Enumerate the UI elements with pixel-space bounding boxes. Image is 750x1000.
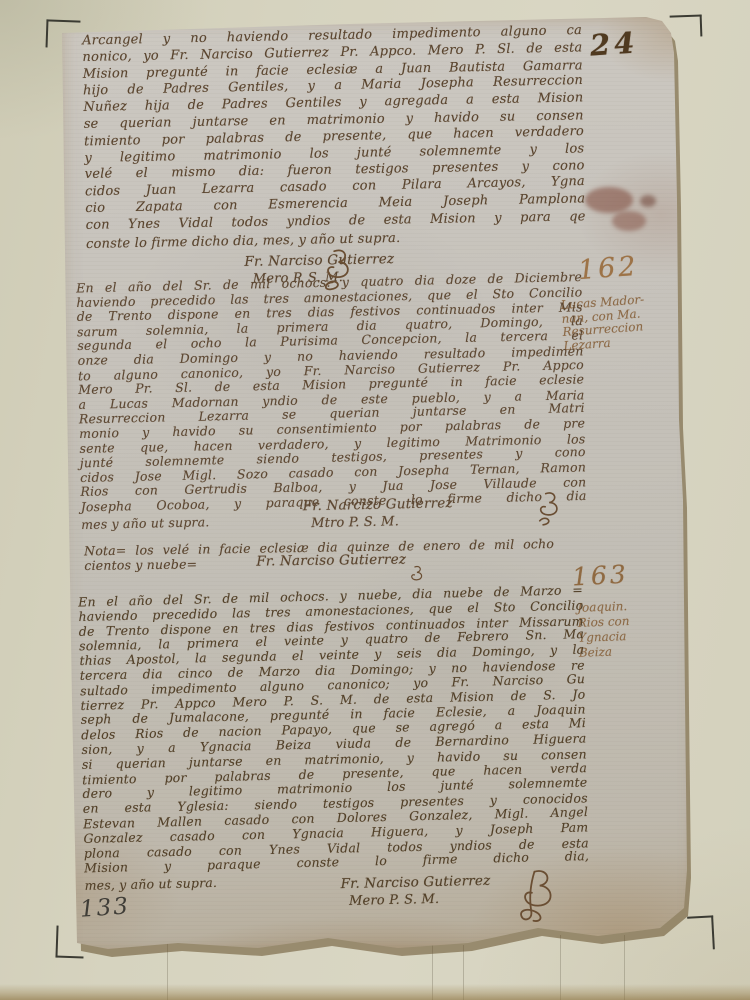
corner-pin-icon <box>55 926 84 959</box>
entry-3-closing: mes, y año ut supra. <box>84 875 217 893</box>
signature-name: Fr. Narciso Gutierrez <box>340 873 490 892</box>
rubric-flourish-icon <box>512 867 557 929</box>
folio-number: 133 <box>79 893 131 922</box>
mat-edge-strip <box>0 984 750 1000</box>
leaf-number: 24 <box>589 25 640 62</box>
register-entry-2: En el año del Sr. de mil ochocs. y quatr… <box>76 270 588 574</box>
entry-1-closing: conste lo firme dicho dia, mes, y año ut… <box>86 230 401 251</box>
corner-pin-icon <box>670 14 703 37</box>
signature-title: Mtro P. S. M. <box>311 513 453 531</box>
entry-1-lines: Arcangel y no haviendo resultado impedim… <box>82 23 586 234</box>
signature-block: Fr. Narcizo Gutierrez Mtro P. S. M. <box>303 495 454 531</box>
ink-stain <box>585 187 633 213</box>
corner-pin-icon <box>46 19 81 48</box>
manuscript-page: 24 Arcangel y no haviendo resultado impe… <box>50 15 700 965</box>
ink-stain <box>640 195 656 207</box>
signature-block: Fr. Narciso Gutierrez Mero P. S. M. <box>340 873 491 909</box>
entry-2-lines: En el año del Sr. de mil ochocs. y quatr… <box>76 270 587 514</box>
rubric-flourish-icon <box>532 490 561 530</box>
corner-pin-icon <box>687 915 715 950</box>
signature-name: Fr. Narciso Gutierrez <box>256 552 406 570</box>
entry-3-lines: En el año del Sr. de mil ochocs. y nuebe… <box>78 584 589 877</box>
manuscript-photo: 24 Arcangel y no haviendo resultado impe… <box>0 0 750 1000</box>
entry-3-footer: mes, y año ut supra. Fr. Narciso Gutierr… <box>84 865 590 936</box>
ink-stain <box>612 211 646 231</box>
record-number-162: 162 <box>577 251 640 286</box>
register-entry-1: Arcangel y no haviendo resultado impedim… <box>82 23 587 304</box>
margin-note-163: Joaquin.Rios conYgnaciaBeiza <box>577 597 683 661</box>
nota-closing: cientos y nuebe= <box>84 556 197 573</box>
register-entry-3: En el año del Sr. de mil ochocs. y nuebe… <box>78 584 591 937</box>
signature-title: Mero P. S. M. <box>349 891 491 909</box>
signature-block: Fr. Narciso Gutierrez <box>256 552 406 570</box>
handwriting-line: Beiza <box>579 642 683 661</box>
entry-2-closing: mes y año ut supra. <box>81 514 210 532</box>
signature-name: Fr. Narcizo Gutierrez <box>303 495 453 514</box>
